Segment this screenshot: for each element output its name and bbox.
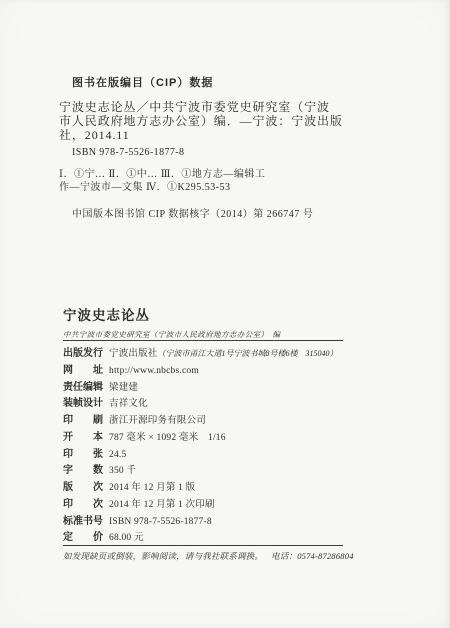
row-value: http://www.nbcbs.com	[109, 366, 199, 376]
row-note: （宁波市甬江大道1号宁波书城8号楼6楼 315040）	[158, 349, 338, 358]
row-label: 开 本	[63, 428, 103, 443]
row-value-text: 24.5	[109, 450, 126, 460]
row-value: 350 千	[109, 462, 136, 476]
row-value-text: 2014 年 12 月第 1 版	[109, 483, 195, 493]
row-label: 字 数	[63, 461, 103, 476]
row-label: 责任编辑	[63, 378, 103, 393]
cip-text-line: Ⅰ．①宁… Ⅱ．①中… Ⅲ．①地方志—编辑工	[59, 168, 353, 181]
row-label: 标准书号	[63, 512, 103, 527]
cip-isbn: ISBN 978-7-5526-1877-8	[72, 147, 353, 158]
row-value-text: 浙江开源印务有限公司	[109, 416, 206, 426]
book-title: 宁波史志论丛	[63, 308, 343, 323]
row-value-text: http://www.nbcbs.com	[109, 366, 199, 376]
colophon-block: 宁波史志论丛 中共宁波市委党史研究室（宁波市人民政府地方志办公室） 编 出版发行…	[63, 308, 343, 562]
row-value-text: ISBN 978-7-5526-1877-8	[109, 517, 212, 527]
cip-record-number: 中国版本图书馆 CIP 数据核字（2014）第 266747 号	[72, 205, 353, 220]
row-label: 印 张	[63, 445, 103, 460]
table-row: 标准书号 ISBN 978-7-5526-1877-8	[63, 512, 343, 529]
cip-text-line: 作—宁波市—文集 Ⅳ．①K295.53-53	[59, 181, 353, 194]
row-value-text: 2014 年 12 月第 1 次印刷	[109, 500, 215, 510]
row-label: 印 刷	[63, 411, 103, 426]
row-value-text: 68.00 元	[109, 533, 144, 543]
cip-header: 图书在版编目（CIP）数据	[72, 74, 353, 90]
table-row: 定 价 68.00 元	[63, 528, 343, 545]
row-value: 宁波出版社（宁波市甬江大道1号宁波书城8号楼6楼 315040）	[109, 345, 338, 359]
table-row: 开 本 787 毫米 × 1092 毫米 1/16	[63, 428, 343, 445]
table-row: 网 址 http://www.nbcbs.com	[63, 361, 343, 378]
row-value: 2014 年 12 月第 1 次印刷	[109, 496, 215, 510]
row-value: 吉祥文化	[109, 395, 148, 409]
table-row: 印 刷 浙江开源印务有限公司	[63, 411, 343, 428]
table-row: 印 张 24.5	[63, 445, 343, 462]
row-value: 浙江开源印务有限公司	[109, 412, 206, 426]
row-value-text: 吉祥文化	[109, 399, 148, 409]
footer-phone: 电话：0574-87286804	[271, 551, 354, 561]
cip-bibliographic-entry: 宁波史志论丛／中共宁波市委党史研究室（宁波 市人民政府地方志办公室）编．—宁波：…	[59, 101, 353, 142]
row-value-text: 350 千	[109, 466, 136, 476]
row-value-text: 梁建建	[109, 383, 138, 393]
row-value: 787 毫米 × 1092 毫米 1/16	[109, 429, 226, 443]
cip-classification: Ⅰ．①宁… Ⅱ．①中… Ⅲ．①地方志—编辑工 作—宁波市—文集 Ⅳ．①K295.…	[59, 168, 353, 194]
row-value: 68.00 元	[109, 529, 144, 543]
row-value: 24.5	[109, 450, 126, 460]
divider-top	[63, 340, 343, 341]
row-label: 装帧设计	[63, 394, 103, 409]
book-copyright-page: 图书在版编目（CIP）数据 宁波史志论丛／中共宁波市委党史研究室（宁波 市人民政…	[0, 0, 450, 628]
table-row: 装帧设计 吉祥文化	[63, 394, 343, 411]
cip-text-line: 市人民政府地方志办公室）编．—宁波：宁波出版	[59, 115, 353, 129]
row-value: 2014 年 12 月第 1 版	[109, 479, 195, 493]
cip-text-line: 宁波史志论丛／中共宁波市委党史研究室（宁波	[59, 101, 353, 115]
table-row: 字 数 350 千	[63, 461, 343, 478]
editor-line: 中共宁波市委党史研究室（宁波市人民政府地方志办公室） 编	[63, 330, 343, 340]
cip-text-line: 社，2014.11	[59, 129, 353, 143]
row-value: 梁建建	[109, 379, 138, 393]
publication-info-table: 出版发行 宁波出版社（宁波市甬江大道1号宁波书城8号楼6楼 315040） 网 …	[63, 344, 343, 545]
row-value-text: 787 毫米 × 1092 毫米 1/16	[109, 433, 226, 443]
divider-bottom	[63, 545, 343, 546]
row-label: 网 址	[63, 361, 103, 376]
row-value-text: 宁波出版社	[109, 349, 158, 359]
table-row: 版 次 2014 年 12 月第 1 版	[63, 478, 343, 495]
table-row: 责任编辑 梁建建	[63, 378, 343, 395]
row-label: 印 次	[63, 495, 103, 510]
row-label: 出版发行	[63, 344, 103, 359]
row-value: ISBN 978-7-5526-1877-8	[109, 517, 212, 527]
table-row: 印 次 2014 年 12 月第 1 次印刷	[63, 495, 343, 512]
row-label: 版 次	[63, 478, 103, 493]
table-row: 出版发行 宁波出版社（宁波市甬江大道1号宁波书城8号楼6楼 315040）	[63, 344, 343, 361]
cip-block: 图书在版编目（CIP）数据 宁波史志论丛／中共宁波市委党史研究室（宁波 市人民政…	[59, 74, 353, 220]
footer-note-text: 如发现缺页或倒装，影响阅读，请与我社联系调换。	[63, 551, 263, 561]
row-label: 定 价	[63, 528, 103, 543]
footer-note: 如发现缺页或倒装，影响阅读，请与我社联系调换。电话：0574-87286804	[63, 551, 343, 562]
